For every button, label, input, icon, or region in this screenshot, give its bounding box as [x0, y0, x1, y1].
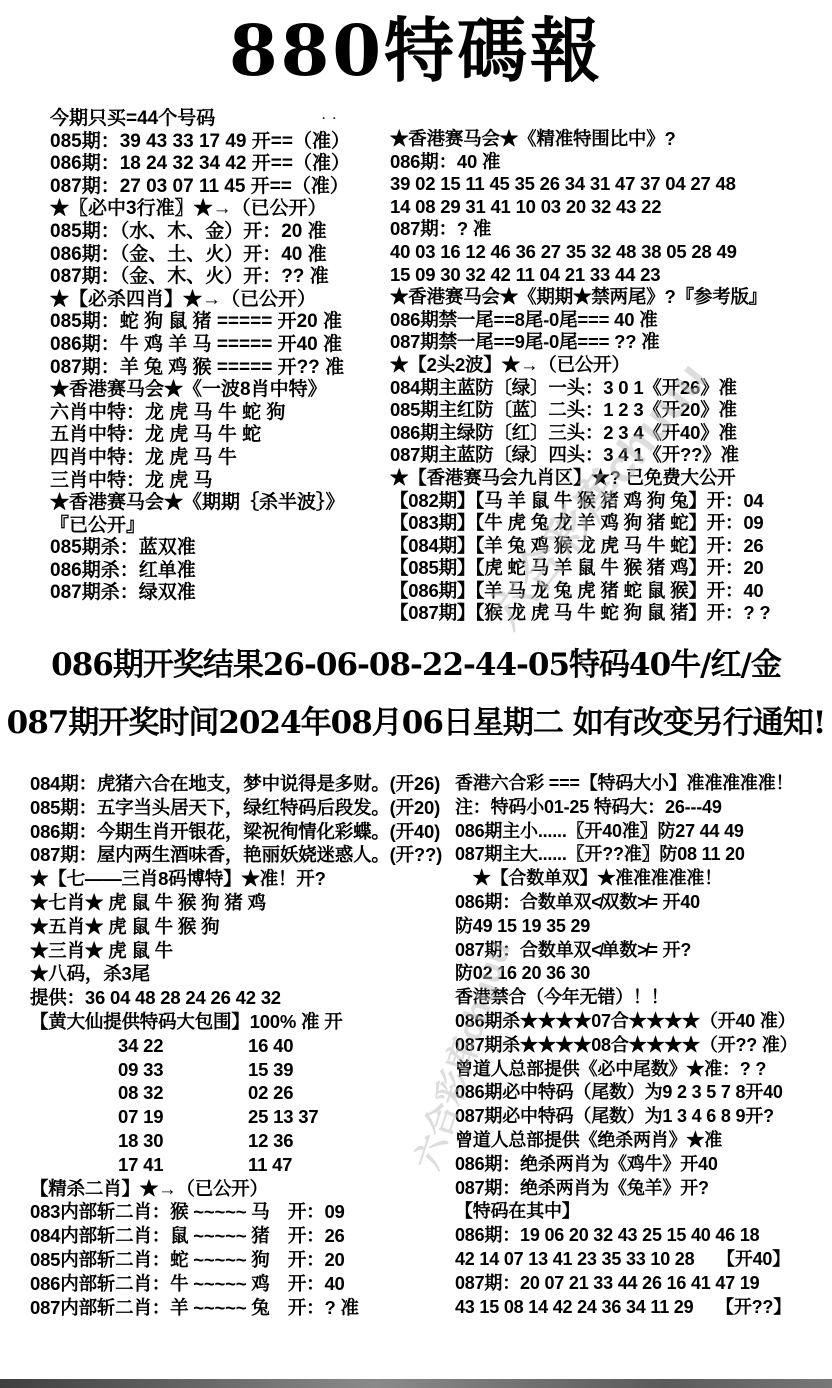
- title-dots: . .: [322, 108, 338, 122]
- text-line: 曾道人总部提供《绝杀两肖》★准: [455, 1129, 832, 1153]
- text-line: 【085期】【虎 蛇 马 羊 鼠 牛 猴 猪 鸡】开：20: [390, 557, 832, 580]
- text-line: 【特码在其中】: [455, 1200, 832, 1224]
- page: 880特碼報 . . 今期只买=44个号码085期：39 43 33 17 49…: [0, 0, 832, 1388]
- text-line: 087期禁一尾==9尾-0尾=== ?? 准: [390, 331, 832, 354]
- text-line: 【087期】【猴 龙 虎 马 牛 蛇 狗 鼠 猪】开：? ?: [390, 602, 832, 625]
- text-line: 085内部斩二肖：蛇 ~~~~~ 狗 开：20: [30, 1248, 455, 1272]
- text-line: 087期：合数单双≮单数≯= 开?: [455, 939, 832, 963]
- text-line: 【黄大仙提供特码大包围】100% 准 开: [30, 1010, 455, 1034]
- lower-left-lines: 084期：虎猪六合在地支，梦中说得是多财。(开26)085期：五字当头居天下，绿…: [30, 772, 455, 1034]
- text-line: 086期：合数单双≮双数≯= 开40: [455, 891, 832, 915]
- text-line: 提供：36 04 48 28 24 26 42 32: [30, 986, 455, 1010]
- drawtime-banner: 087期开奖时间2024年08月06日星期二 如有改变另行通知!: [0, 697, 832, 742]
- text-line: 086期必中特码（尾数）为9 2 3 5 7 8开40: [455, 1081, 832, 1105]
- text-line: 087内部斩二肖：羊 ~~~~~ 兔 开：? 准: [30, 1296, 455, 1320]
- text-line: 香港禁合（今年无错）！！: [455, 986, 832, 1010]
- text-line: 香港六合彩 ===【特码大小】准准准准准！: [455, 772, 832, 796]
- masthead-title: 880特碼報: [0, 0, 832, 86]
- text-line: 『已公开』: [50, 515, 390, 538]
- text-line: 085期主红防〔蓝〕二头：1 2 3《开20》准: [390, 399, 832, 422]
- text-line: ★香港赛马会★《期期★禁两尾》?『参考版』: [390, 286, 832, 309]
- baowei-row: 07 1925 13 37: [30, 1105, 455, 1129]
- top-left-column: 今期只买=44个号码085期：39 43 33 17 49 开==（准）086期…: [50, 108, 390, 625]
- baowei-cell: 15 39: [248, 1058, 293, 1082]
- baowei-row: 08 3202 26: [30, 1081, 455, 1105]
- text-line: ★【必杀四肖】★→（已公开）: [50, 289, 390, 312]
- baowei-cell: 08 32: [118, 1081, 248, 1105]
- text-line: 防49 15 19 35 29: [455, 915, 832, 939]
- text-line: 086期：绝杀两肖为《鸡牛》开40: [455, 1153, 832, 1177]
- text-line: 085期：（水、木、金）开：20 准: [50, 221, 390, 244]
- text-line: 087期主大......〖开??准〗防08 11 20: [455, 843, 832, 867]
- baowei-cell: 16 40: [248, 1034, 293, 1058]
- text-line: 四肖中特：龙 虎 马 牛: [50, 447, 390, 470]
- text-line: 六肖中特：龙 虎 马 牛 蛇 狗: [50, 402, 390, 425]
- baowei-cell: 34 22: [118, 1034, 248, 1058]
- text-line: 087期杀：绿双准: [50, 582, 390, 605]
- text-line: 14 08 29 31 41 10 03 20 32 43 22: [390, 196, 832, 219]
- text-line: 曾道人总部提供《必中尾数》★准：? ?: [455, 1058, 832, 1082]
- text-line: 【精杀二肖】★→（已公开）: [30, 1177, 455, 1201]
- baowei-cell: 12 36: [248, 1129, 293, 1153]
- text-line: 086期禁一尾==8尾-0尾=== 40 准: [390, 309, 832, 332]
- baowei-row: 34 2216 40: [30, 1034, 455, 1058]
- text-line: 086期：19 06 20 32 43 25 15 40 46 18: [455, 1224, 832, 1248]
- text-line: ★三肖★ 虎 鼠 牛: [30, 939, 455, 963]
- text-line: 43 15 08 14 42 24 36 34 11 29 【开??】: [455, 1296, 832, 1320]
- text-line: ★【香港赛马会九肖区】★? 已免费大公开: [390, 467, 832, 490]
- baowei-table: 34 2216 4009 3315 3908 3202 2607 1925 13…: [30, 1034, 455, 1177]
- text-line: ★七肖★ 虎 鼠 牛 猴 狗 猪 鸡: [30, 891, 455, 915]
- text-line: 085期：五字当头居天下，绿红特码后段发。(开20): [30, 796, 455, 820]
- baowei-cell: 07 19: [118, 1105, 248, 1129]
- text-line: 084期主蓝防〔绿〕一头：3 0 1《开26》准: [390, 377, 832, 400]
- bottom-bar: [0, 1379, 832, 1388]
- text-line: 【086期】【羊 马 龙 兔 虎 猪 蛇 鼠 猴】开：40: [390, 580, 832, 603]
- text-line: 15 09 30 32 42 11 04 21 33 44 23: [390, 264, 832, 287]
- text-line: 085期：蛇 狗 鼠 猪 ===== 开20 准: [50, 311, 390, 334]
- text-line: ★〖必中3行准〗★→（已公开）: [50, 198, 390, 221]
- text-line: 40 03 16 12 46 36 27 35 32 48 38 05 28 4…: [390, 241, 832, 264]
- text-line: 084期：虎猪六合在地支，梦中说得是多财。(开26): [30, 772, 455, 796]
- text-line: 087期主蓝防〔绿〕四头：3 4 1《开??》准: [390, 444, 832, 467]
- text-line: 086期：（金、土、火）开：40 准: [50, 244, 390, 267]
- text-line: 086期：18 24 32 34 42 开==（准）: [50, 153, 390, 176]
- text-line: 42 14 07 13 41 23 35 33 10 28 【开40】: [455, 1248, 832, 1272]
- text-line: 087期：羊 兔 鸡 猴 ===== 开?? 准: [50, 357, 390, 380]
- baowei-cell: 02 26: [248, 1081, 293, 1105]
- text-line: ★香港赛马会★《期期｛杀半波｝》: [50, 492, 390, 515]
- result-banner: 086期开奖结果26-06-08-22-44-05特码40牛/红/金: [0, 639, 832, 684]
- text-line: ★【合数单双】★准准准准准！: [455, 867, 832, 891]
- text-line: 087期：20 07 21 33 44 26 16 41 47 19: [455, 1272, 832, 1296]
- text-line: 086期：40 准: [390, 151, 832, 174]
- text-line: 083内部斩二肖：猴 ~~~~~ 马 开：09: [30, 1200, 455, 1224]
- baowei-cell: 11 47: [248, 1153, 292, 1177]
- text-line: ★五肖★ 虎 鼠 牛 猴 狗: [30, 915, 455, 939]
- text-line: 【084期】【羊 兔 鸡 猴 龙 虎 马 牛 蛇】开：26: [390, 535, 832, 558]
- text-line: 084内部斩二肖：鼠 ~~~~~ 猪 开：26: [30, 1224, 455, 1248]
- baowei-cell: 18 30: [118, 1129, 248, 1153]
- text-line: 今期只买=44个号码: [50, 108, 390, 131]
- baowei-row: 17 4111 47: [30, 1153, 455, 1177]
- top-section: 今期只买=44个号码085期：39 43 33 17 49 开==（准）086期…: [0, 108, 832, 625]
- lower-right-column: 香港六合彩 ===【特码大小】准准准准准！注：特码小01-25 特码大：26--…: [455, 772, 832, 1319]
- text-line: 087期：绝杀两肖为《兔羊》开?: [455, 1177, 832, 1201]
- text-line: 086期主绿防〔红〕三头：2 3 4《开40》准: [390, 422, 832, 445]
- baowei-cell: 17 41: [118, 1153, 248, 1177]
- text-line: ★八码，杀3尾: [30, 962, 455, 986]
- text-line: 087期杀★★★★08合★★★★（开?? 准）: [455, 1034, 832, 1058]
- text-line: 087期必中特码（尾数）为1 3 4 6 8 9开?: [455, 1105, 832, 1129]
- text-line: 086内部斩二肖：牛 ~~~~~ 鸡 开：40: [30, 1272, 455, 1296]
- text-line: ★香港赛马会★《一波8肖中特》: [50, 379, 390, 402]
- top-right-column: ★香港赛马会★《精准特围比中》?086期：40 准39 02 15 11 45 …: [390, 108, 832, 625]
- text-line: 086期杀★★★★07合★★★★（开40 准）: [455, 1010, 832, 1034]
- text-line: 087期：（金、木、火）开：?? 准: [50, 266, 390, 289]
- lower-section: 084期：虎猪六合在地支，梦中说得是多财。(开26)085期：五字当头居天下，绿…: [0, 772, 832, 1319]
- text-line: 086期：牛 鸡 羊 马 ===== 开40 准: [50, 334, 390, 357]
- text-line: 086期主小......〖开40准〗防27 44 49: [455, 820, 832, 844]
- baowei-row: 09 3315 39: [30, 1058, 455, 1082]
- text-line: 087期：屋内两生酒味香，艳丽妖娆迷惑人。(开??): [30, 843, 455, 867]
- text-line: 085期杀：蓝双准: [50, 537, 390, 560]
- baowei-cell: 09 33: [118, 1058, 248, 1082]
- lower-left-column: 084期：虎猪六合在地支，梦中说得是多财。(开26)085期：五字当头居天下，绿…: [30, 772, 455, 1319]
- baowei-cell: 25 13 37: [248, 1105, 318, 1129]
- text-line: 086期杀：红单准: [50, 560, 390, 583]
- baowei-row: 18 3012 36: [30, 1129, 455, 1153]
- text-line: 086期：今期生肖开银花，梁祝徇情化彩蝶。(开40): [30, 820, 455, 844]
- text-line: 087期：27 03 07 11 45 开==（准）: [50, 176, 390, 199]
- text-line: 【083期】【牛 虎 兔 龙 羊 鸡 狗 猪 蛇】开：09: [390, 512, 832, 535]
- text-line: 【082期】【马 羊 鼠 牛 猴 猪 鸡 狗 兔】开：04: [390, 490, 832, 513]
- text-line: 39 02 15 11 45 35 26 34 31 47 37 04 27 4…: [390, 173, 832, 196]
- text-line: 085期：39 43 33 17 49 开==（准）: [50, 131, 390, 154]
- text-line: 注：特码小01-25 特码大：26---49: [455, 796, 832, 820]
- text-line: ★香港赛马会★《精准特围比中》?: [390, 128, 832, 151]
- text-line: 防02 16 20 36 30: [455, 962, 832, 986]
- text-line: 五肖中特：龙 虎 马 牛 蛇: [50, 424, 390, 447]
- text-line: ★【七——三肖8码博特】★准！开?: [30, 867, 455, 891]
- jingsha-block: 【精杀二肖】★→（已公开）083内部斩二肖：猴 ~~~~~ 马 开：09084内…: [30, 1177, 455, 1320]
- text-line: 三肖中特：龙 虎 马: [50, 470, 390, 493]
- text-line: 087期：? 准: [390, 218, 832, 241]
- text-line: ★【2头2波】★→（已公开）: [390, 354, 832, 377]
